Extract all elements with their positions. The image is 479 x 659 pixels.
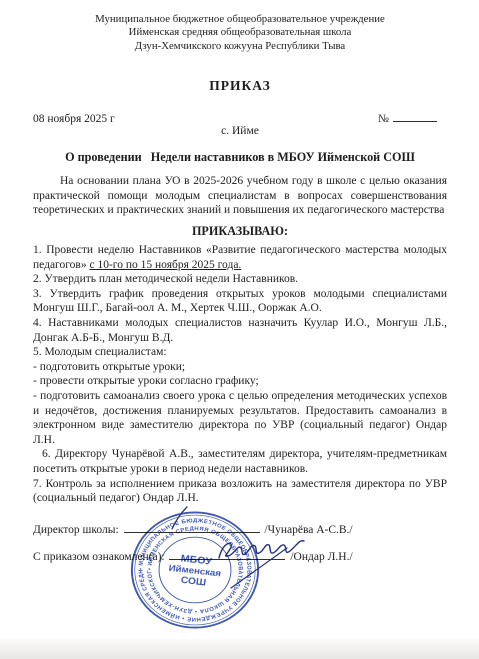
org-name-line-3: Дзун-Хемчикского кожууна Республики Тыва	[33, 40, 447, 53]
scan-edge-shadow	[0, 639, 479, 659]
order-item-5-subitem-2: - провести открытые уроки согласно графи…	[33, 374, 447, 389]
order-item-1-dates: с 10-го по 15 ноября 2025 года.	[89, 259, 241, 271]
document-title: ПРИКАЗ	[33, 78, 447, 94]
org-name-line-1: Муниципальное бюджетное общеобразователь…	[33, 13, 447, 26]
organization-header: Муниципальное бюджетное общеобразователь…	[33, 13, 447, 53]
order-item-2: 2. Утвердить план методической недели На…	[33, 272, 447, 287]
preamble-paragraph: На основании плана УО в 2025-2026 учебно…	[33, 174, 447, 218]
org-name-line-2: Ийменская средняя общеобразовательная шк…	[33, 26, 447, 39]
order-item-6: 6. Директору Чунарёвой А.В., заместителя…	[33, 447, 447, 476]
place-line: с. Ийме	[33, 125, 447, 137]
director-signature-label: Директор школы:	[33, 524, 119, 536]
date-number-row: 08 ноября 2025 г №	[33, 111, 447, 125]
order-item-1: 1. Провести неделю Наставников «Развитие…	[33, 243, 447, 272]
order-number-blank-line	[393, 111, 437, 122]
stamp-center-line-3: СОШ	[180, 575, 207, 588]
order-item-3: 3. Утвердить график проведения открытых …	[33, 287, 447, 316]
handwritten-signature-icon	[205, 534, 325, 590]
order-number-group: №	[378, 111, 437, 125]
order-item-4: 4. Наставниками молодых специалистов наз…	[33, 316, 447, 345]
resolution-heading: ПРИКАЗЫВАЮ:	[33, 224, 447, 239]
order-item-7: 7. Контроль за исполнением приказа возло…	[33, 477, 447, 506]
subject-heading: О проведении Недели наставников в МБОУ И…	[33, 150, 447, 165]
order-items-list: 1. Провести неделю Наставников «Развитие…	[33, 243, 447, 506]
director-pen-stroke-icon	[166, 504, 192, 532]
order-item-5: 5. Молодым специалистам:	[33, 345, 447, 360]
order-date: 08 ноября 2025 г	[33, 113, 115, 125]
order-item-5-subitem-1: - подготовить открытые уроки;	[33, 360, 447, 375]
order-number-label: №	[378, 113, 389, 125]
order-item-5-subitem-3: - подготовить самоанализ своего урока с …	[33, 389, 447, 447]
order-document-page: Муниципальное бюджетное общеобразователь…	[0, 0, 479, 659]
